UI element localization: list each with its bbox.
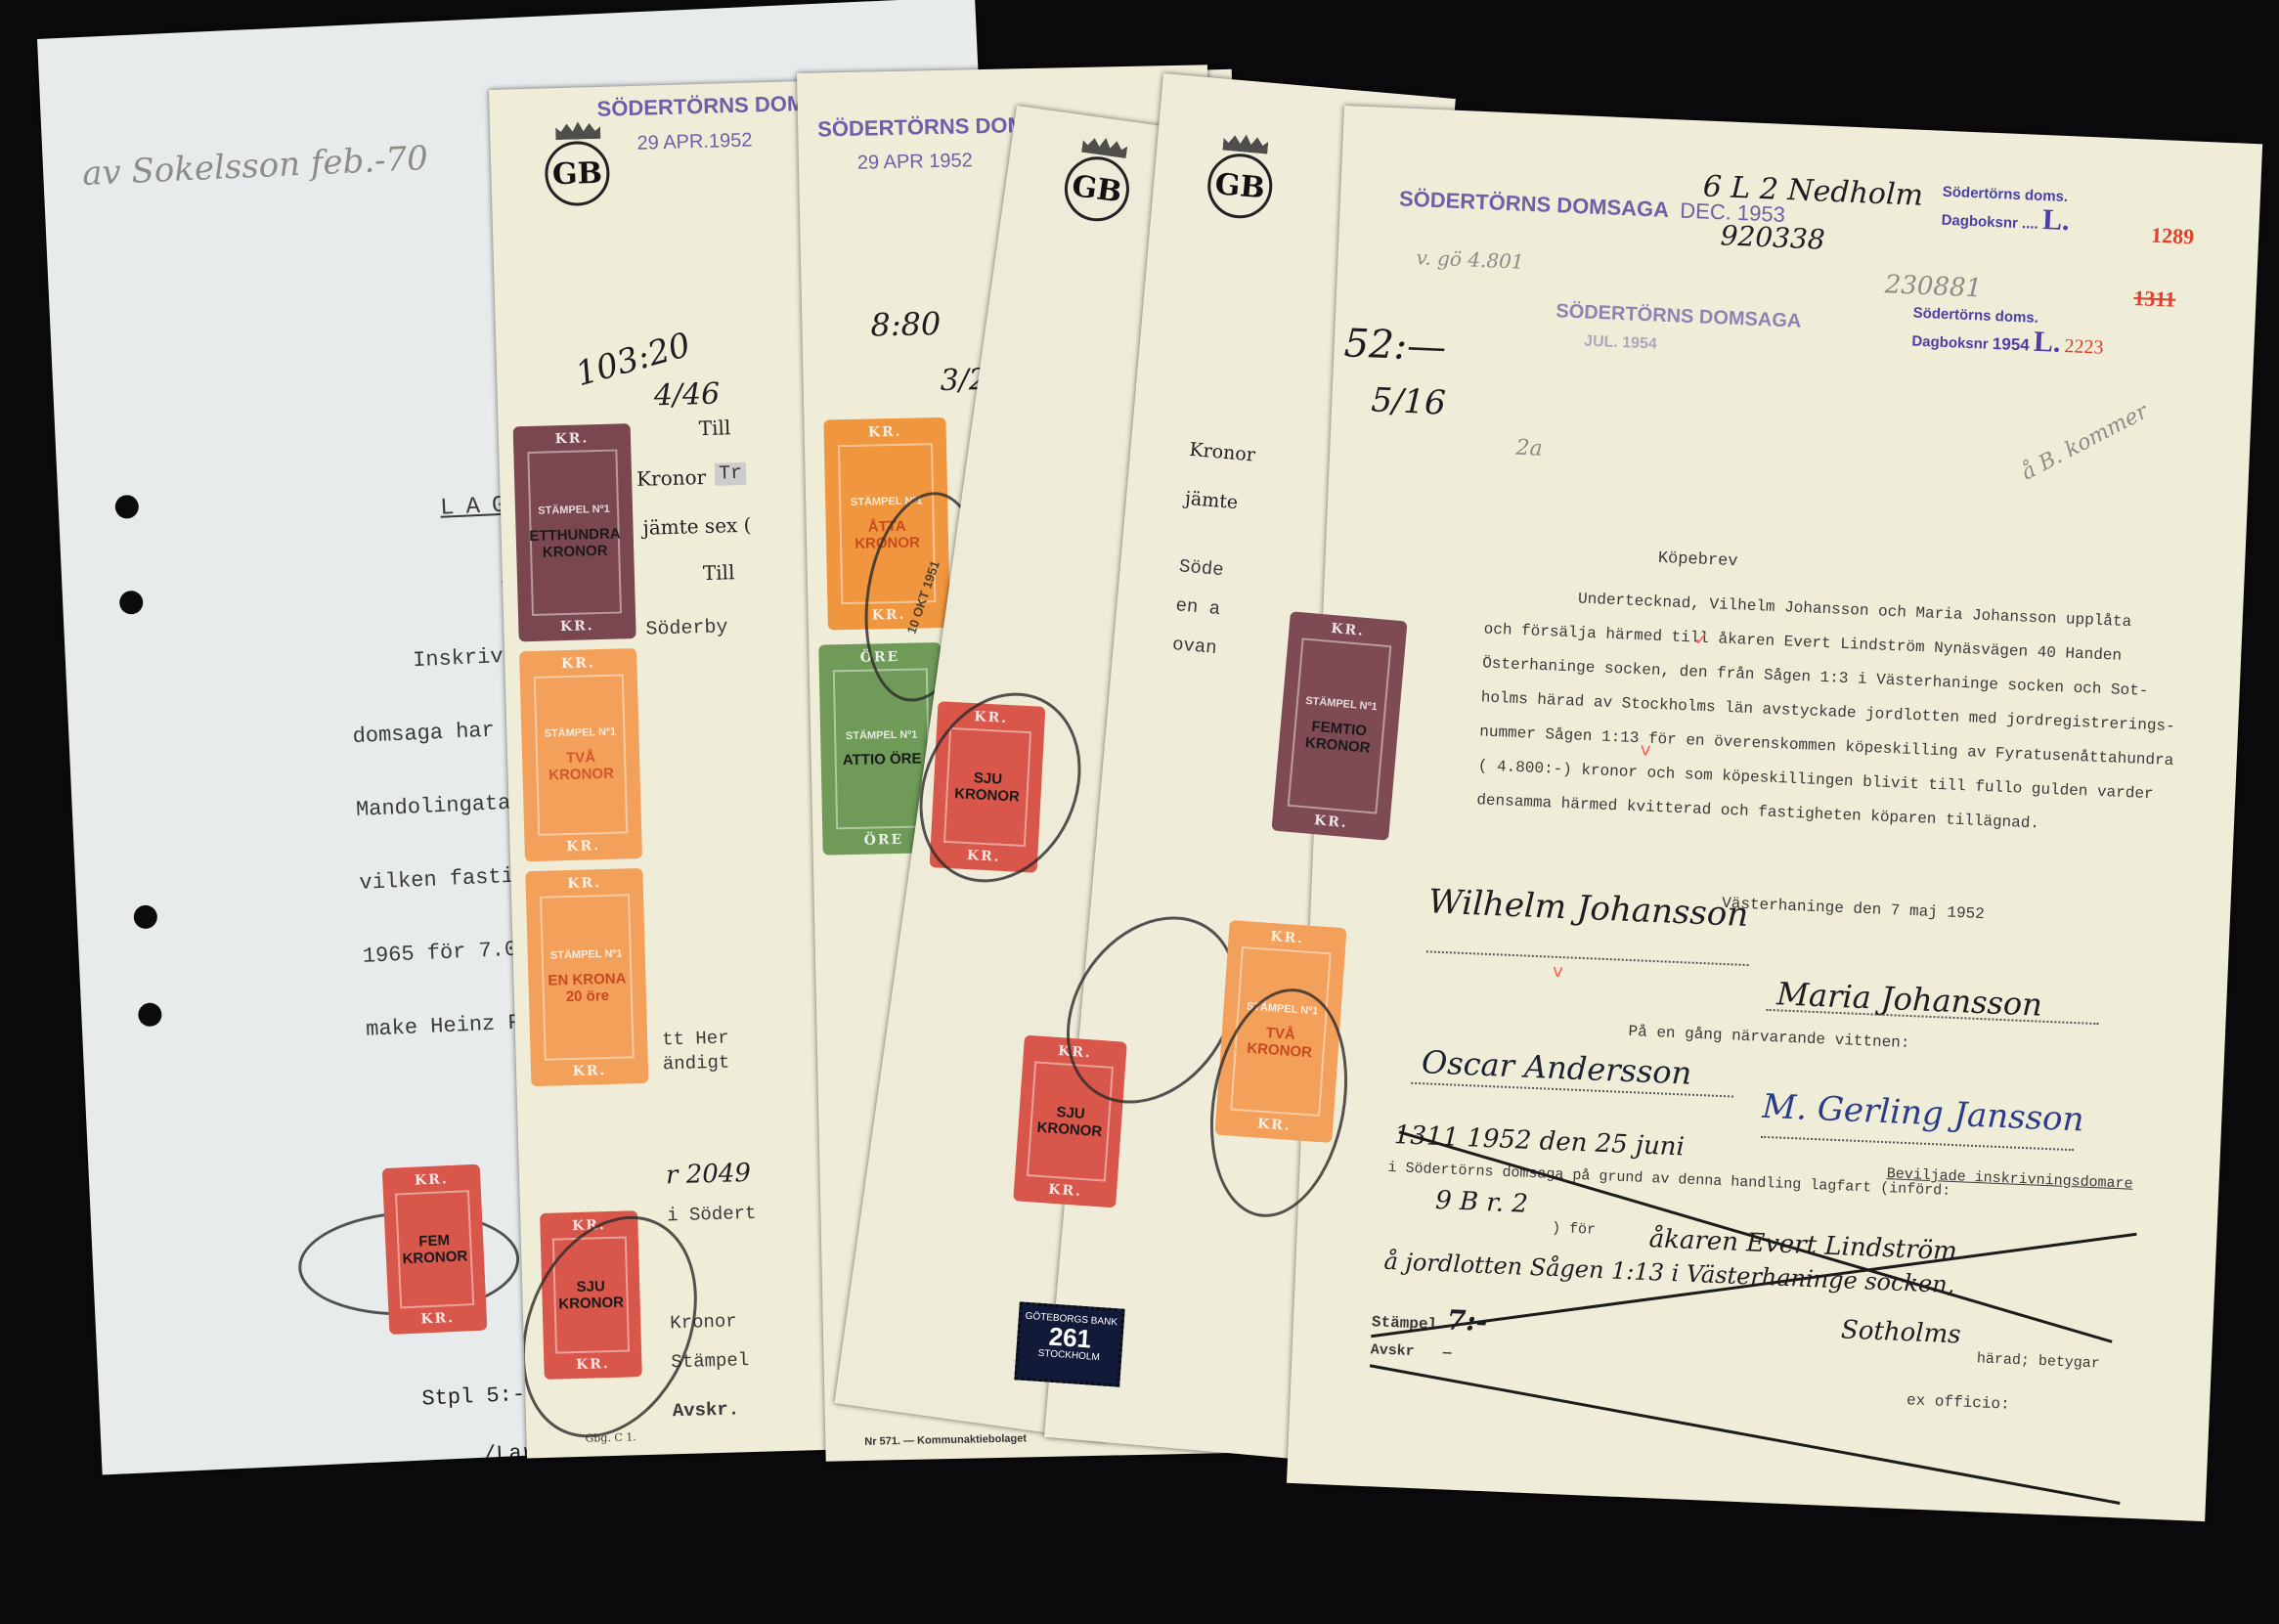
revenue-stamp-1kr20: KR. STÄMPEL Nº1EN KRONA 20 öre KR.	[525, 868, 648, 1086]
stamp-unit: KR.	[567, 875, 601, 892]
dagbok-letter: L.	[2033, 326, 2061, 359]
place-value: Söderby	[645, 616, 728, 640]
crown-icon	[555, 121, 600, 140]
gb-bank-logo: GB	[1060, 133, 1140, 230]
place-date: Västerhaninge den 7 maj 1952	[1722, 895, 1985, 923]
harad-label: härad; betygar	[1977, 1350, 2101, 1372]
dagbok-line: Dagboksnr	[1911, 332, 1989, 352]
red-check-mark: v	[1553, 961, 1564, 982]
pencil-note: 2a	[1515, 436, 1543, 461]
goteborgs-bank-label: GÖTEBORGS BANK 261 STOCKHOLM	[1014, 1301, 1124, 1386]
kopebrev-sheet: SÖDERTÖRNS DOMSAGA DEC. 1953 6 L 2 Nedho…	[1287, 106, 2262, 1521]
form-printer-footer: Nr 571. — Kommunaktiebolaget	[864, 1432, 1027, 1447]
gb-bank-logo: GB	[1205, 132, 1281, 226]
form-label: Till	[698, 416, 730, 440]
punch-hole	[138, 1002, 162, 1027]
stamp-value: FEM KRONOR	[399, 1231, 471, 1268]
avskr-value: —	[1442, 1344, 1452, 1361]
avskr-label: Avskr —	[1370, 1341, 1452, 1361]
pencil-note: av Sokelsson feb.-70	[81, 139, 428, 194]
signature-line	[1761, 1136, 2074, 1151]
cancellation-stroke	[1399, 1130, 2113, 1342]
punch-hole	[119, 591, 144, 615]
revenue-stamp-2kr: KR. STÄMPEL Nº1TVÅ KRONOR KR.	[519, 648, 642, 861]
red-register-number: 1311	[2133, 285, 2176, 313]
revenue-stamp-100kr: KR. STÄMPEL Nº1ETTHUNDRA KRONOR KR.	[513, 423, 636, 641]
revenue-stamp-5kr: KR. FEM KRONOR KR.	[382, 1164, 488, 1335]
dagbok-stamp: Södertörns doms. Dagboksnr 1954 L. 2223	[1911, 306, 2105, 360]
court-stamp-date: 29 APR.1952	[636, 130, 752, 155]
stamp-unit: KR.	[554, 430, 589, 447]
court-stamp-date: JUL. 1954	[1584, 332, 1657, 353]
stamp-value: TVÅ KRONOR	[538, 748, 625, 784]
stamp-unit: KR.	[561, 655, 595, 672]
form-line: Avskr.	[672, 1398, 739, 1422]
signature-seller-1: Wilhelm Johansson	[1427, 882, 1749, 935]
red-check-mark: ✓	[1693, 629, 1709, 650]
stamp-unit: KR.	[560, 618, 594, 635]
stamp-unit: KR.	[868, 424, 902, 441]
stamp-unit: KR.	[420, 1310, 455, 1328]
cancel-date: 10 OKT 1951	[904, 558, 942, 636]
dagbok-letter: L.	[2041, 203, 2070, 237]
handwritten-fraction: 4/46	[653, 377, 720, 414]
form-line: tt Her	[662, 1028, 729, 1051]
gb-bank-logo: GB	[544, 120, 614, 210]
punch-hole	[133, 904, 157, 929]
form-label: Kronor	[636, 465, 707, 491]
avskr-label-text: Avskr	[1370, 1341, 1415, 1360]
pencil-number: 230881	[1884, 270, 1982, 303]
kronor-value: Tr	[715, 462, 747, 486]
gb-monogram: GB	[545, 141, 611, 207]
cancellation-stroke	[1370, 1364, 2121, 1505]
form-line: ovan	[1171, 634, 1217, 659]
form-label: Kronor	[1189, 439, 1256, 466]
handwritten-number: 920338	[1720, 219, 1825, 255]
stamp-unit: KR.	[415, 1171, 449, 1189]
handwritten-harad: Sotholms	[1840, 1315, 1961, 1349]
stamp-unit: ÖRE	[864, 832, 904, 849]
stamp-value: FEMTIO KRONOR	[1293, 717, 1382, 758]
body-line: Undertecknad, Vilhelm Johansson och Mari…	[1578, 590, 2132, 631]
red-register-number: 2223	[2064, 335, 2104, 359]
stamp-unit: KR.	[1331, 621, 1366, 639]
form-line: en a	[1175, 594, 1221, 620]
stamp-unit: KR.	[1270, 929, 1305, 946]
witness-signature-2: M. Gerling Jansson	[1762, 1087, 2085, 1140]
body-line: densamma härmed kvitterad och fastighete…	[1476, 791, 2039, 832]
pencil-note: å B. kommer	[2018, 400, 2153, 486]
stamp-unit: KR.	[572, 1063, 606, 1079]
stamp-unit: KR.	[1313, 812, 1348, 831]
red-register-number: 1289	[2151, 223, 2195, 250]
stamp-value: ETTHUNDRA KRONOR	[529, 525, 621, 561]
handwritten-fraction: 5/16	[1371, 380, 1447, 422]
pencil-note: v. gö 4.801	[1416, 245, 1524, 274]
form-label: Till	[703, 560, 735, 585]
revenue-stamp-50kr: KR. STÄMPEL Nº1FEMTIO KRONOR KR.	[1271, 611, 1407, 841]
form-line: ändigt	[663, 1052, 730, 1075]
stamp-value: ATTIO ÖRE	[843, 751, 922, 769]
form-line: i Södert	[667, 1203, 757, 1227]
gb-monogram: GB	[1205, 152, 1276, 222]
stamp-unit: KR.	[566, 838, 600, 855]
form-label: jämte sex (	[642, 513, 751, 540]
form-line: Söde	[1178, 555, 1224, 581]
dagbok-year: ....	[2022, 215, 2038, 233]
crown-icon	[1081, 135, 1128, 158]
stamp-unit: KR.	[1048, 1182, 1083, 1200]
doc-title: Köpebrev	[1657, 549, 1737, 571]
signature-line	[1426, 950, 1749, 966]
court-stamp-text: SÖDERTÖRNS DOMSAGA	[1399, 186, 1669, 222]
punch-hole	[114, 495, 139, 519]
gb-monogram: GB	[1061, 153, 1134, 226]
handwritten-total: 52:—	[1343, 321, 1447, 370]
court-stamp-date: 29 APR 1952	[857, 150, 973, 174]
handwritten-number: r 2049	[666, 1159, 752, 1190]
dagbok-stamp: Södertörns doms. Dagboksnr .... L.	[1941, 185, 2071, 237]
stamp-value: EN KRONA 20 öre	[544, 970, 631, 1006]
crown-icon	[1222, 133, 1268, 154]
dagbok-year: 1954	[1993, 334, 2031, 355]
for-label: ) för	[1552, 1220, 1597, 1239]
ex-officio-label: ex officio:	[1906, 1391, 2010, 1413]
dagbok-line: Dagboksnr	[1941, 211, 2018, 231]
court-stamp: SÖDERTÖRNS DOMSAGA	[1556, 300, 1802, 332]
handwritten-total: 8:80	[870, 305, 942, 343]
red-check-mark: v	[1640, 739, 1651, 760]
handwritten-ref: 9 B r. 2	[1435, 1186, 1529, 1219]
form-label: jämte	[1184, 488, 1239, 514]
stamp-value: SJU KRONOR	[1031, 1102, 1108, 1141]
witness-label: På en gång närvarande vittnen:	[1628, 1023, 1910, 1052]
